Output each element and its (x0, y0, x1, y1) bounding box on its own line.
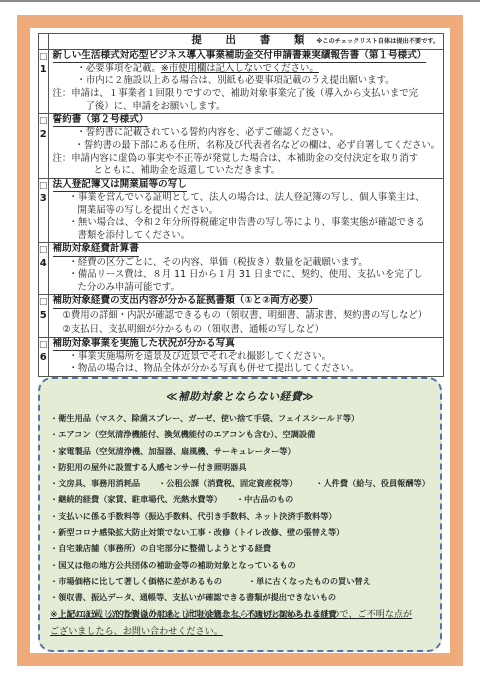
row-title: 法人登記簿又は開業届等の写し (53, 179, 187, 192)
list-item: ・市場価格に比して著しく価格に差があるもの・単に古くなったものの買い替え (50, 573, 440, 589)
row-line: た分のみ申請可能です。 (53, 282, 441, 295)
row-number: 3 (39, 193, 48, 206)
row-line: 注：申請内容に虚偽の事実や不正等が発覚した場合は、本補助金の交付決定を取り消す (53, 153, 441, 166)
row-line: ・事業実施場所を遠景及び近景でそれぞれ撮影してください。 (53, 351, 441, 364)
list-item: ・国又は他の地方公共団体の補助金等の補助対象となっているもの (50, 557, 440, 573)
list-item: ・新型コロナ感染拡大防止対策でない工事・改修（トイレ改修、壁の張替え等） (50, 524, 440, 540)
row-title: 補助対象経費計算書 (53, 243, 139, 256)
list-item: ・支払いに係る手数料等（振込手数料、代引き手数料、ネット決済手数料等） (50, 508, 440, 524)
checkbox-3[interactable]: □ (39, 180, 48, 193)
row-line: とともに、補助金を返還していただきます。 (53, 165, 441, 178)
excluded-title: ≪補助対象とならない経費≫ (40, 389, 440, 404)
checklist-row-6: □ 6 補助対象事業を実施した状況が分かる写真 ・事業実施場所を遠景及び近景でそ… (39, 337, 444, 376)
row-line: ②支払日、支払明細が分かるもの（領収書、通帳の写しなど） (53, 323, 441, 337)
row-number: 2 (39, 129, 48, 142)
checklist-row-2: □ 2 誓約書（第２号様式） ・誓約書に記載されている誓約内容を、必ずご確認くだ… (39, 114, 444, 179)
header-note: ※このチェックリスト自体は提出不要です。 (316, 38, 439, 45)
row-line: ・事業を営んでいる証明として、法人の場合は、法人登記簿の写し、個人事業主は、 (53, 192, 441, 205)
row-title: 補助対象経費の支出内容が分かる証拠書類（①と②両方必要） (53, 295, 319, 308)
list-item: ・領収書、振込データ、通帳等、支払いが確認できる書類が提出できないもの (50, 589, 440, 605)
checkbox-6[interactable]: □ (39, 339, 48, 352)
checkbox-1[interactable]: □ (39, 51, 48, 64)
contact-note-line-1: ※上記に記載した事例以外にも、補助対象とならないものもありますので、ご不明な点が (50, 607, 412, 624)
row-line: 書類を添付してください。 (53, 230, 441, 243)
row-line: ・備品リース費は、８月 11 日から１月 31 日までに、契約、使用、支払いを完… (53, 269, 441, 282)
contact-note: ※上記に記載した事例以外にも、補助対象とならないものもありますので、ご不明な点が… (50, 607, 412, 641)
checklist-row-4: □ 4 補助対象経費計算書 ・経費の区分ごとに、その内容、単価（税抜き）数量を記… (39, 243, 444, 295)
row-line: ・誓約書の最下部にある住所、名称及び代表者名などの欄は、必ず自署してください。 (53, 140, 441, 153)
row-title: 新しい生活様式対応型ビジネス導入事業補助金交付申請書兼実績報告書（第１号様式） (53, 50, 427, 63)
row-title: 誓約書（第２号様式） (53, 114, 149, 127)
top-rule (0, 0, 480, 2)
row-line: 注：申請は、１事業者１回限りですので、補助対象事業完了後（導入から支払いまで完 (53, 88, 441, 101)
list-item: ・家電製品（空気清浄機、加湿器、扇風機、サーキュレーター等） (50, 443, 440, 459)
page-content: 提 出 書 類※このチェックリスト自体は提出不要です。 □ 1 新しい生活様式対… (30, 28, 450, 653)
excluded-list: ・衛生用品（マスク、除菌スプレー、ガーゼ、使い捨て手袋、フェイスシールド等） ・… (40, 410, 440, 622)
row-line: 了後）に、申請をお願いします。 (53, 101, 441, 114)
contact-note-line-2: ございましたら、お問い合わせください。 (50, 624, 412, 641)
row-number: 4 (39, 258, 48, 271)
list-item: ・自宅兼店舗（事務所）の自宅部分に整備しようとする経費 (50, 540, 440, 556)
row-line: ・経費の区分ごとに、その内容、単価（税抜き）数量を記載願います。 (53, 257, 441, 270)
checkbox-2[interactable]: □ (39, 115, 48, 128)
checklist-row-3: □ 3 法人登記簿又は開業届等の写し ・事業を営んでいる証明として、法人の場合は… (39, 178, 444, 243)
header-title: 提 出 書 類 (191, 34, 314, 46)
row-line: ①費用の詳細・内訳が確認できるもの（領収書、明細書、請求書、契約書の写しなど） (53, 309, 441, 323)
excluded-expenses-box: ≪補助対象とならない経費≫ ・衛生用品（マスク、除菌スプレー、ガーゼ、使い捨て手… (38, 377, 442, 652)
row-line: 開業届等の写しを提出ください。 (53, 205, 441, 218)
list-item: ・エアコン（空気清浄機能付、換気機能付のエアコンも含む）、空調設備 (50, 426, 440, 442)
orange-frame: 提 出 書 類※このチェックリスト自体は提出不要です。 □ 1 新しい生活様式対… (17, 15, 463, 666)
list-item: ・継続的経費（家賃、駐車場代、光熱水費等）・中古品のもの (50, 491, 440, 507)
row-line: ・誓約書に記載されている誓約内容を、必ずご確認ください。 (53, 127, 441, 140)
list-item: ・防犯用の屋外に設置する人感センサー付き照明器具 (50, 459, 440, 475)
checklist-table: 提 出 書 類※このチェックリスト自体は提出不要です。 □ 1 新しい生活様式対… (38, 33, 444, 377)
row-title: 補助対象事業を実施した状況が分かる写真 (53, 338, 235, 351)
row-number: 5 (39, 310, 48, 323)
row-line: ・市内に２施設以上ある場合は、別紙も必要事項記載のうえ提出願います。 (53, 75, 441, 88)
checklist-header-row: 提 出 書 類※このチェックリスト自体は提出不要です。 (39, 34, 444, 50)
checkbox-4[interactable]: □ (39, 244, 48, 257)
row-number: 6 (39, 352, 48, 365)
list-item: ・文房具、事務用消耗品・公租公課（消費税、固定資産税等）・人件費（給与、役員報酬… (50, 475, 440, 491)
checkbox-5[interactable]: □ (39, 296, 48, 309)
row-line: ・必要事項を記載。※市使用欄は記入しないでください。 (53, 63, 441, 76)
checklist-row-5: □ 5 補助対象経費の支出内容が分かる証拠書類（①と②両方必要） ①費用の詳細・… (39, 295, 444, 337)
row-line: ・物品の場合は、物品全体が分かる写真も併せて提出してください。 (53, 363, 441, 376)
row-number: 1 (39, 64, 48, 77)
row-line: ・無い場合は、令和２年分所得税確定申告書の写し等により、事業実態が確認できる (53, 217, 441, 230)
checklist-row-1: □ 1 新しい生活様式対応型ビジネス導入事業補助金交付申請書兼実績報告書（第１号… (39, 49, 444, 114)
list-item: ・衛生用品（マスク、除菌スプレー、ガーゼ、使い捨て手袋、フェイスシールド等） (50, 410, 440, 426)
